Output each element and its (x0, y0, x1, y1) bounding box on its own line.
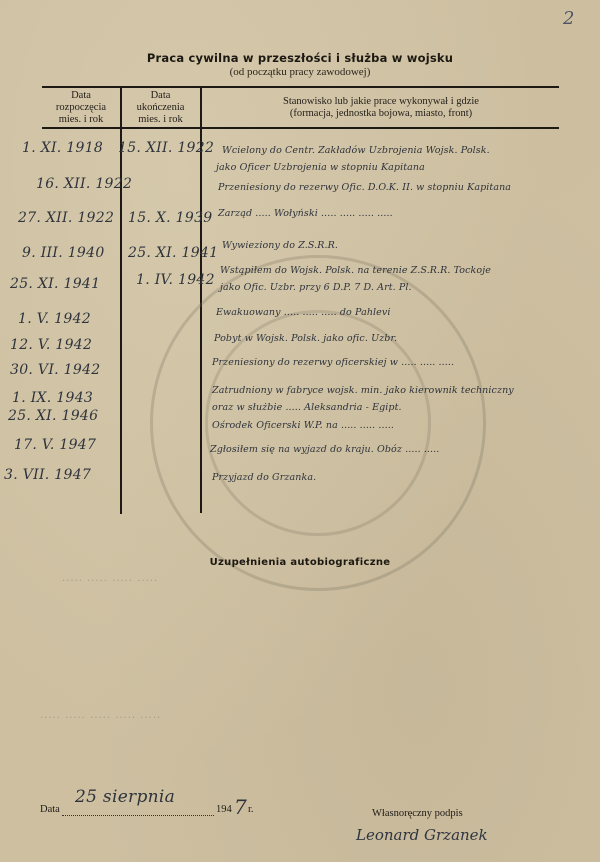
entry-description: Zatrudniony w fabryce wojsk. min. jako k… (212, 385, 514, 396)
entry-start-date: 17. V. 1947 (14, 437, 96, 453)
header-position: Stanowisko lub jakie prace wykonywał i g… (202, 96, 560, 120)
entry-end-date: 1. IV. 1942 (136, 272, 215, 288)
entry-start-date: 3. VII. 1947 (4, 467, 91, 483)
supplement-title: Uzupełnienia autobiograficzne (0, 557, 600, 568)
entry-description: Przeniesiony do rezerwy Ofic. D.O.K. II.… (218, 182, 511, 193)
date-dotted-line (62, 815, 214, 816)
entry-start-date: 25. XI. 1941 (10, 276, 100, 292)
entry-description: Przyjazd do Grzanka. (212, 472, 316, 483)
year-suffix: 7 (234, 795, 247, 819)
date-value: 25 sierpnia (75, 787, 175, 807)
page-number: 2 (563, 8, 574, 29)
entry-description: Wywieziony do Z.S.R.R. (222, 240, 338, 251)
year-prefix: 194 (216, 804, 232, 815)
entry-start-date: 12. V. 1942 (10, 337, 92, 353)
year-end: r. (248, 804, 254, 815)
entry-start-date: 16. XII. 1922 (36, 176, 132, 192)
entry-start-date: 1. V. 1942 (18, 311, 91, 327)
form-title: Praca cywilna w przeszłości i służba w w… (0, 51, 600, 65)
entry-start-date: 30. VI. 1942 (10, 362, 101, 378)
entry-end-date: 15. X. 1939 (128, 210, 213, 226)
header-end-date: Data ukończenia mies. i rok (121, 90, 200, 126)
entry-end-date: 15. XII. 1922 (118, 140, 214, 156)
entry-end-date: 25. XI. 1941 (128, 245, 218, 261)
entry-description: Zgłosiłem się na wyjazd do kraju. Obóz .… (210, 444, 439, 455)
faded-text-line: ..... ..... ..... ..... ..... (40, 710, 161, 721)
signature: Leonard Grzanek (356, 826, 488, 844)
form-subtitle: (od początku pracy zawodowej) (0, 66, 600, 78)
entry-description: Ośrodek Oficerski W.P. na ..... ..... ..… (212, 420, 394, 431)
entry-description: Wcielony do Centr. Zakładów Uzbrojenia W… (222, 145, 490, 156)
faded-text-line: ..... ..... ..... ..... (62, 573, 158, 584)
entry-description: Wstąpiłem do Wojsk. Polsk. na terenie Z.… (220, 265, 491, 276)
date-label: Data (40, 804, 60, 815)
entry-start-date: 9. III. 1940 (22, 245, 105, 261)
entry-description: jako Oficer Uzbrojenia w stopniu Kapitan… (216, 162, 425, 173)
header-start-date: Data rozpoczęcia mies. i rok (42, 90, 120, 126)
entry-start-date: 1. XI. 1918 (22, 140, 103, 156)
entry-start-date: 1. IX. 1943 (12, 390, 93, 406)
entry-description: Ewakuowany ..... ..... ..... do Pahlevi (216, 307, 391, 318)
entry-start-date: 25. XI. 1946 (8, 408, 98, 424)
signature-label: Własnoręczny podpis (372, 808, 463, 819)
entry-start-date: 27. XII. 1922 (18, 210, 114, 226)
entry-description: Pobyt w Wojsk. Polsk. jako ofic. Uzbr. (214, 333, 397, 344)
entry-description: Przeniesiony do rezerwy oficerskiej w ..… (212, 357, 454, 368)
entry-description: jako Ofic. Uzbr. przy 6 D.P. 7 D. Art. P… (220, 282, 412, 293)
entry-description: Zarząd ..... Wołyński ..... ..... ..... … (218, 208, 393, 219)
entry-description: oraz w służbie ..... Aleksandria - Egipt… (212, 402, 402, 413)
